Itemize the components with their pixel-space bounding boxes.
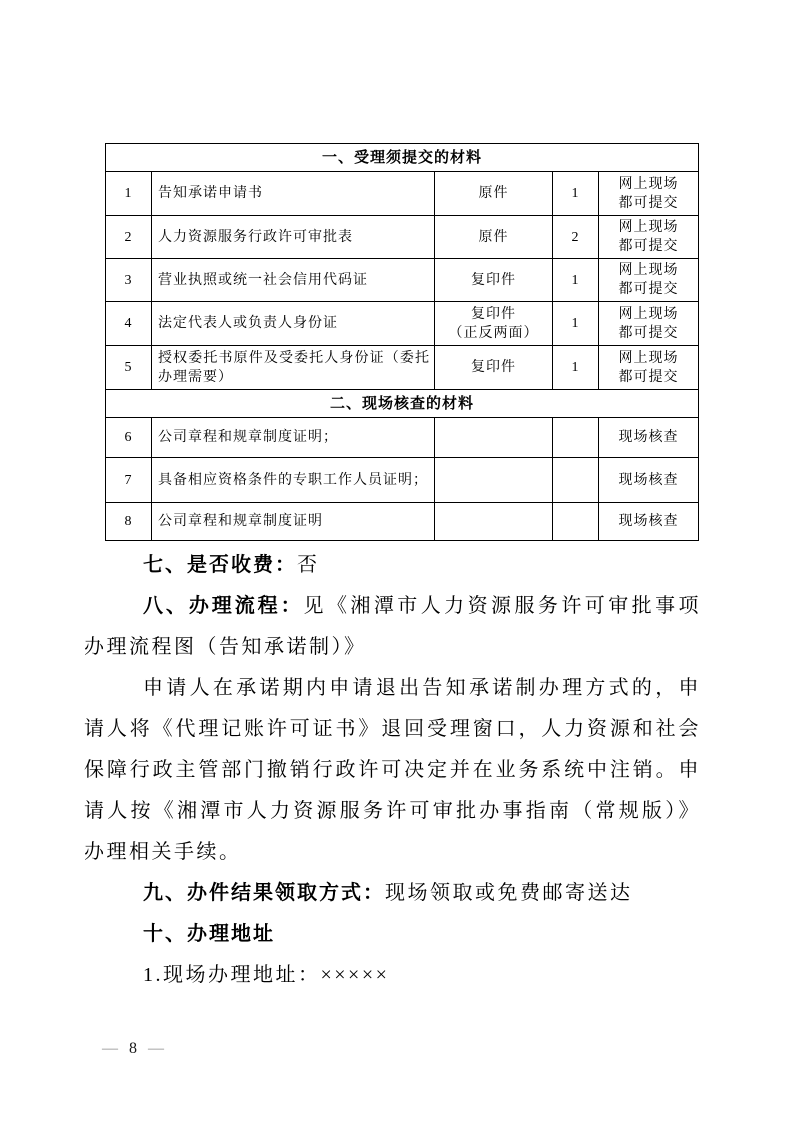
table-row: 5 授权委托书原件及受委托人身份证（委托办理需要） 复印件 1 网上现场都可提交 — [106, 346, 699, 390]
material-count-cell: 2 — [553, 216, 599, 259]
material-name-cell: 人力资源服务行政许可审批表 — [152, 216, 435, 259]
row-no-cell: 7 — [106, 458, 152, 503]
submit-method-cell: 网上现场都可提交 — [599, 259, 699, 302]
section-9-heading: 九、办件结果领取方式： — [143, 882, 385, 904]
type-line: 复印件 — [439, 271, 548, 290]
section-10-address: 十、办理地址 — [84, 914, 701, 955]
submit-method-cell: 网上现场都可提交 — [599, 172, 699, 216]
material-count-cell: 1 — [553, 172, 599, 216]
material-type-cell — [435, 458, 553, 503]
row-no-cell: 3 — [106, 259, 152, 302]
method-line-2: 都可提交 — [603, 368, 694, 387]
table-row: 3 营业执照或统一社会信用代码证 复印件 1 网上现场都可提交 — [106, 259, 699, 302]
material-name-cell: 具备相应资格条件的专职工作人员证明； — [152, 458, 435, 503]
type-line: 原件 — [439, 184, 548, 203]
table-row: 1 告知承诺申请书 原件 1 网上现场都可提交 — [106, 172, 699, 216]
row-no-cell: 2 — [106, 216, 152, 259]
section-1-header: 一、受理须提交的材料 — [106, 144, 699, 172]
material-count-cell: 1 — [553, 346, 599, 390]
material-type-cell: 复印件（正反两面） — [435, 302, 553, 346]
row-no-cell: 4 — [106, 302, 152, 346]
type-line: 原件 — [439, 228, 548, 247]
table-row: 8 公司章程和规章制度证明 现场核查 — [106, 503, 699, 541]
page-number: —8— — [102, 1040, 165, 1058]
material-name-cell: 告知承诺申请书 — [152, 172, 435, 216]
table-row: 2 人力资源服务行政许可审批表 原件 2 网上现场都可提交 — [106, 216, 699, 259]
page-number-dash-right: — — [148, 1040, 165, 1057]
section-2-header: 二、现场核查的材料 — [106, 390, 699, 418]
material-count-cell — [553, 503, 599, 541]
method-line-2: 都可提交 — [603, 237, 694, 256]
section-7-heading: 七、是否收费： — [143, 554, 297, 576]
row-no-cell: 1 — [106, 172, 152, 216]
method-line-2: 都可提交 — [603, 324, 694, 343]
material-type-cell — [435, 503, 553, 541]
submit-method-cell: 现场核查 — [599, 418, 699, 458]
material-name-cell: 公司章程和规章制度证明； — [152, 418, 435, 458]
method-line: 网上现场 — [603, 218, 694, 237]
material-count-cell: 1 — [553, 302, 599, 346]
material-count-cell: 1 — [553, 259, 599, 302]
material-name-cell: 授权委托书原件及受委托人身份证（委托办理需要） — [152, 346, 435, 390]
material-name-cell: 公司章程和规章制度证明 — [152, 503, 435, 541]
section-9-result: 九、办件结果领取方式：现场领取或免费邮寄送达 — [84, 873, 701, 914]
method-line: 网上现场 — [603, 261, 694, 280]
material-count-cell — [553, 458, 599, 503]
row-no-cell: 5 — [106, 346, 152, 390]
row-no-cell: 8 — [106, 503, 152, 541]
material-type-cell: 复印件 — [435, 346, 553, 390]
submit-method-cell: 网上现场都可提交 — [599, 302, 699, 346]
table-row: 7 具备相应资格条件的专职工作人员证明； 现场核查 — [106, 458, 699, 503]
section-8-process: 八、办理流程：见《湘潭市人力资源服务许可审批事项办理流程图（告知承诺制）》 — [84, 586, 701, 668]
material-type-cell — [435, 418, 553, 458]
address-item-1: 1.现场办理地址：××××× — [84, 955, 701, 996]
material-count-cell — [553, 418, 599, 458]
method-line: 网上现场 — [603, 305, 694, 324]
section-9-value: 现场领取或免费邮寄送达 — [385, 882, 633, 904]
type-line-2: （正反两面） — [439, 324, 548, 343]
material-name-cell: 营业执照或统一社会信用代码证 — [152, 259, 435, 302]
section-7-fee: 七、是否收费：否 — [84, 545, 701, 586]
section-8-heading: 八、办理流程： — [143, 595, 304, 617]
method-line-2: 都可提交 — [603, 194, 694, 213]
section-2-header-row: 二、现场核查的材料 — [106, 390, 699, 418]
method-line: 网上现场 — [603, 175, 694, 194]
section-1-header-row: 一、受理须提交的材料 — [106, 144, 699, 172]
method-line-2: 都可提交 — [603, 280, 694, 299]
submit-method-cell: 现场核查 — [599, 503, 699, 541]
method-line: 网上现场 — [603, 349, 694, 368]
material-type-cell: 原件 — [435, 172, 553, 216]
materials-table: 一、受理须提交的材料 1 告知承诺申请书 原件 1 网上现场都可提交 2 人力资… — [105, 143, 699, 541]
section-8-paragraph: 申请人在承诺期内申请退出告知承诺制办理方式的，申请人将《代理记账许可证书》退回受… — [84, 668, 701, 873]
material-type-cell: 复印件 — [435, 259, 553, 302]
row-no-cell: 6 — [106, 418, 152, 458]
type-line: 复印件 — [439, 305, 548, 324]
type-line: 复印件 — [439, 358, 548, 377]
submit-method-cell: 网上现场都可提交 — [599, 346, 699, 390]
table-row: 4 法定代表人或负责人身份证 复印件（正反两面） 1 网上现场都可提交 — [106, 302, 699, 346]
section-10-heading: 十、办理地址 — [143, 923, 275, 945]
page-number-value: 8 — [129, 1040, 138, 1057]
section-7-value: 否 — [297, 554, 320, 576]
document-page: 一、受理须提交的材料 1 告知承诺申请书 原件 1 网上现场都可提交 2 人力资… — [0, 0, 793, 1122]
submit-method-cell: 网上现场都可提交 — [599, 216, 699, 259]
page-number-dash-left: — — [102, 1040, 119, 1057]
material-name-cell: 法定代表人或负责人身份证 — [152, 302, 435, 346]
table-row: 6 公司章程和规章制度证明； 现场核查 — [106, 418, 699, 458]
submit-method-cell: 现场核查 — [599, 458, 699, 503]
material-type-cell: 原件 — [435, 216, 553, 259]
body-text: 七、是否收费：否 八、办理流程：见《湘潭市人力资源服务许可审批事项办理流程图（告… — [84, 545, 701, 996]
